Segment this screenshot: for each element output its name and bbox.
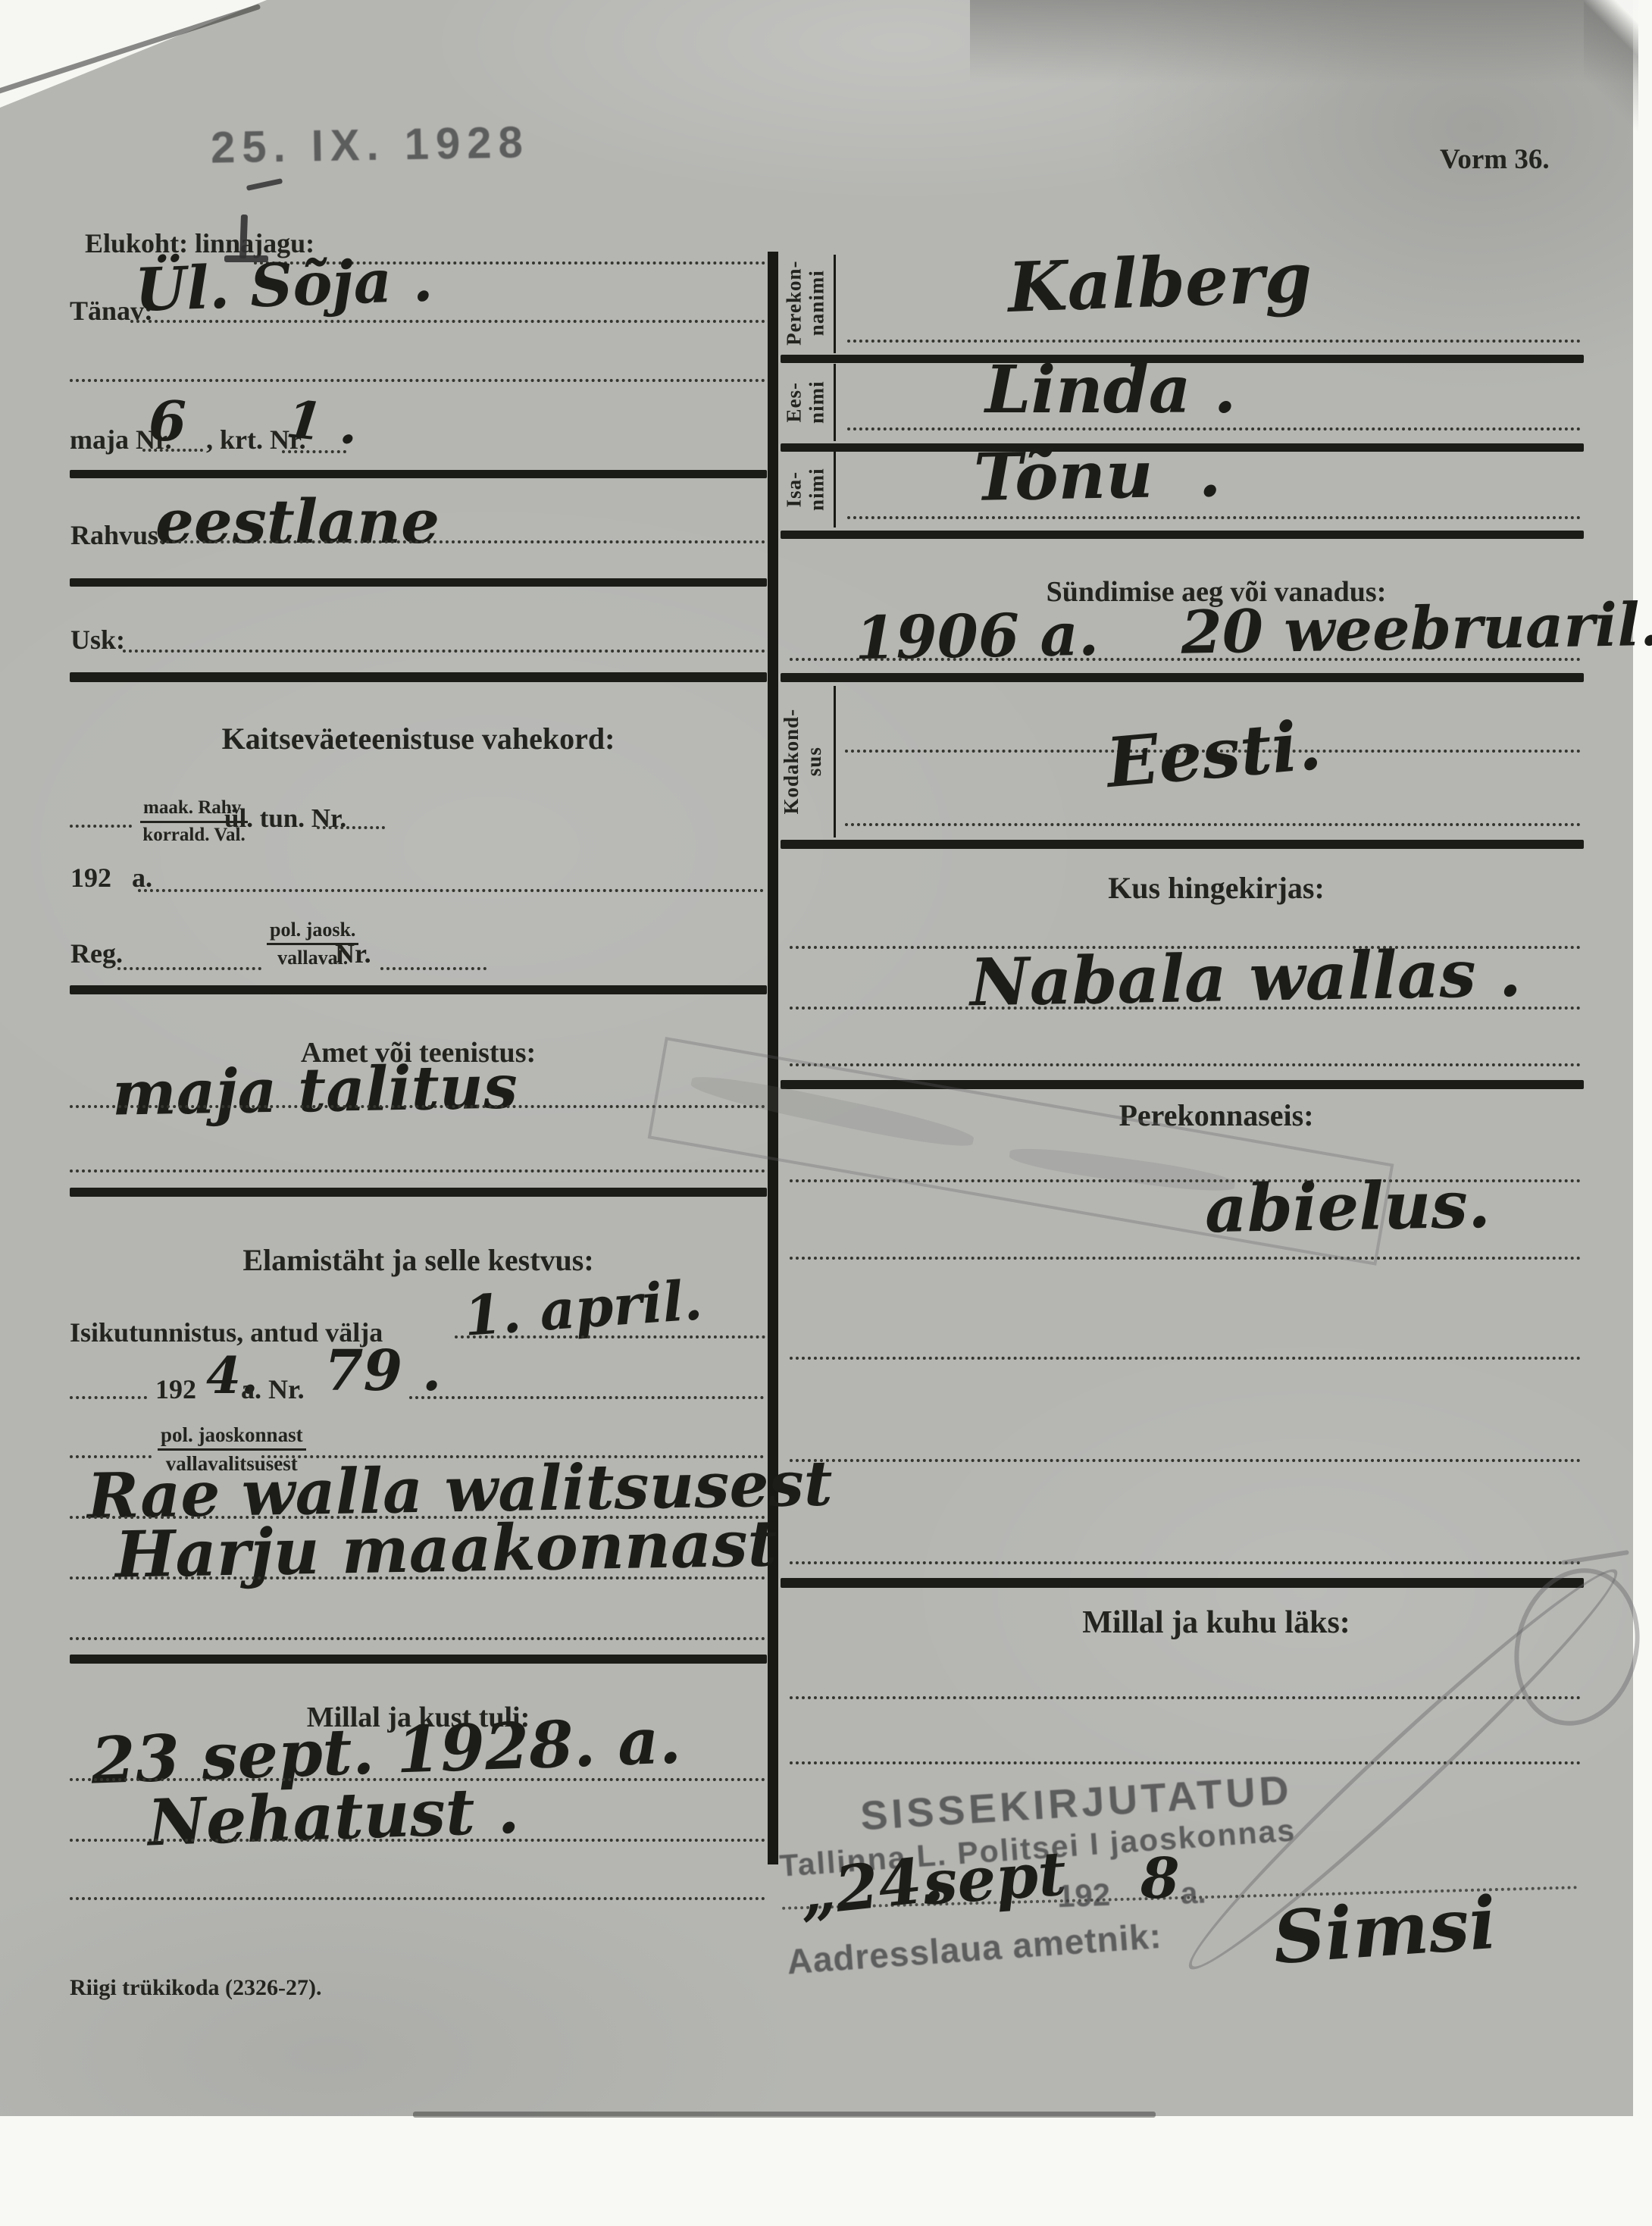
firstname-label-line1: Ees- [782, 382, 805, 423]
register-line [117, 967, 261, 970]
surname-line [847, 340, 1581, 343]
rule-right-4 [781, 673, 1584, 682]
military-line-trail [317, 826, 385, 829]
faint-stamp-smudge-2 [1008, 1143, 1236, 1197]
blank-line-3 [790, 1561, 1581, 1564]
citizenship-rotated-label: Kodakond-sus [771, 684, 835, 839]
register-label: Reg. [70, 940, 123, 967]
rule-left-4 [70, 985, 767, 994]
fold-corner-top-right [1584, 0, 1638, 136]
scan-edge-bottom [0, 2116, 1652, 2226]
birth-line [790, 658, 1581, 661]
printer-note: Riigi trükikoda (2326-27). [70, 1977, 322, 1999]
id-number-value: 79 . [324, 1343, 442, 1399]
paper-edge-shadow-bottom [413, 2112, 1156, 2118]
blank-line-2 [790, 1459, 1581, 1462]
rule-left-6 [70, 1655, 767, 1664]
fathername-label-line2: nimi [805, 468, 828, 512]
stamp-year-printed: 192 [1056, 1879, 1111, 1912]
arrival-line-3 [70, 1897, 765, 1900]
rule-left-1 [70, 470, 767, 478]
issuer-line-3 [70, 1576, 765, 1579]
nationality-line [148, 540, 765, 543]
fathername-label-line1: Isa- [782, 471, 805, 508]
military-year-label: 192 a. [70, 864, 152, 891]
military-service-heading: Kaitseväeteenistuse vahekord: [70, 724, 767, 754]
date-received-stamp: 25. IX. 1928 [211, 121, 530, 170]
id-year-line-lead [70, 1396, 147, 1399]
occupation-value: maja talitus [111, 1056, 518, 1123]
blank-line-1 [790, 1357, 1581, 1360]
rule-left-2 [70, 578, 767, 587]
stamp-year-handwritten: 8 [1140, 1851, 1180, 1907]
register-nr-line [380, 967, 487, 970]
firstname-value: Linda . [985, 358, 1236, 423]
surname-label-line1: Perekon- [782, 261, 805, 346]
street-line [130, 320, 765, 323]
arrival-line-2 [70, 1839, 765, 1842]
nationality-label: Rahvus: [70, 521, 167, 549]
official-signature: Simsi [1271, 1887, 1499, 1974]
apartment-number-value: 1 . [284, 393, 361, 452]
marital-line-2 [790, 1257, 1581, 1260]
parish-value: Nabala wallas . [969, 941, 1522, 1016]
issuer-line-lead [70, 1455, 152, 1458]
issuer-line-4 [70, 1637, 765, 1640]
form-number: Vorm 36. [1440, 146, 1550, 174]
surname-rotated-label: Perekon-nanimi [776, 252, 835, 354]
military-line-lead [70, 825, 132, 828]
apartment-number-line [282, 450, 346, 453]
citizenship-value: Eesti. [1104, 711, 1324, 797]
id-card-date-value: 1. april. [462, 1273, 704, 1344]
register-nr-label: Nr. [335, 940, 371, 967]
citizenship-label-line2: sus [803, 747, 825, 776]
issuer-value-line2: Harju maakonnast [114, 1511, 778, 1586]
surname-value: Kalberg [1007, 243, 1313, 322]
street-value: Ül. Sõja . [134, 251, 434, 321]
citizenship-line-2 [845, 823, 1581, 826]
firstname-rotated-label: Ees-nimi [776, 362, 835, 443]
id-year-suffix: a. Nr. [241, 1376, 305, 1403]
street-line-2 [70, 379, 765, 382]
house-number-line [142, 449, 203, 452]
arrival-place-value: Nehatust . [147, 1778, 521, 1855]
issuer-fraction-top: pol. jaoskonnast [158, 1423, 306, 1451]
religion-line [123, 650, 765, 653]
firstname-line [847, 427, 1581, 430]
fathername-line [847, 516, 1581, 519]
religion-label: Usk: [70, 626, 125, 653]
departure-heading: Millal ja kuhu läks: [849, 1607, 1584, 1639]
scan-edge-right [1633, 0, 1652, 2226]
occupation-line-2 [70, 1169, 765, 1172]
scanned-form-vorm36: 25. IX. 1928 Vorm 36. Perekon-nanimi Ees… [0, 0, 1652, 2226]
parish-heading: Kus hingekirjas: [849, 873, 1584, 903]
stamp-month-value: sept [921, 1843, 1068, 1914]
parish-line-2 [790, 1007, 1581, 1010]
military-year-line [138, 889, 764, 892]
house-number-value: 6 [149, 394, 186, 449]
rule-right-7 [781, 1578, 1584, 1588]
departure-line-2 [790, 1761, 1581, 1764]
rule-left-3 [70, 672, 767, 682]
fold-shadow-top-right [970, 0, 1638, 83]
id-year-printed: 192 [155, 1376, 196, 1403]
citizenship-label-line1: Kodakond- [780, 709, 803, 815]
rule-right-3 [781, 531, 1584, 539]
id-year-line-trail [409, 1396, 764, 1399]
fathername-value: Tõnu . [973, 441, 1222, 511]
parish-line-3 [790, 1063, 1581, 1066]
id-card-line [455, 1335, 765, 1338]
firstname-label-line2: nimi [805, 381, 828, 424]
stamp-year-suffix: a. [1180, 1877, 1206, 1908]
fathername-rotated-label: Isa-nimi [776, 450, 835, 529]
surname-label-line2: nanimi [805, 270, 828, 336]
rule-left-5 [70, 1188, 767, 1197]
rule-right-5 [781, 840, 1584, 849]
